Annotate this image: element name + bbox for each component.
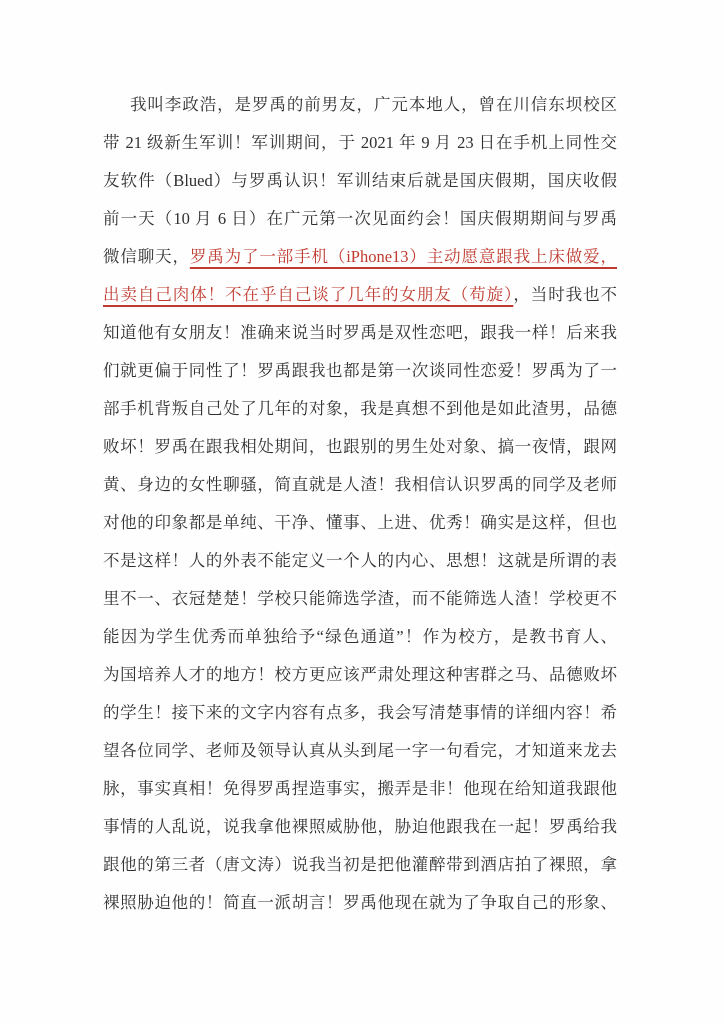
text-segment: 败坏！罗禹在跟我相处期间，也跟别的男生处对象、搞一夜情，跟网	[103, 437, 617, 456]
text-segment: 为国培养人才的地方！校方更应该严肃处理这种害群之马、品德败坏	[103, 665, 617, 684]
text-line: 知道他有女朋友！准确来说当时罗禹是双性恋吧，跟我一样！后来我	[103, 314, 617, 352]
text-line: 的学生！接下来的文字内容有点多，我会写清楚事情的详细内容！希	[103, 694, 617, 732]
text-line: 微信聊天，罗禹为了一部手机（iPhone13）主动愿意跟我上床做爱，	[103, 238, 617, 276]
text-line: 裸照胁迫他的！简直一派胡言！罗禹他现在就为了争取自己的形象、	[103, 884, 617, 922]
text-line: 能因为学生优秀而单独给予“绿色通道”！作为校方，是教书育人、	[103, 618, 617, 656]
text-segment: 们就更偏于同性了！罗禹跟我也都是第一次谈同性恋爱！罗禹为了一	[103, 361, 617, 380]
highlighted-text-segment: 罗禹为了一部手机（iPhone13）主动愿意跟我上床做爱，	[190, 247, 617, 266]
text-line: 里不一、衣冠楚楚！学校只能筛选学渣，而不能筛选人渣！学校更不	[103, 580, 617, 618]
text-segment: 跟他的第三者（唐文涛）说我当初是把他灌醉带到酒店拍了裸照，拿	[103, 855, 617, 874]
text-segment: 我叫李政浩，是罗禹的前男友，广元本地人，曾在川信东坝校区	[130, 95, 617, 114]
text-segment: 微信聊天，	[103, 247, 190, 266]
text-line: 败坏！罗禹在跟我相处期间，也跟别的男生处对象、搞一夜情，跟网	[103, 428, 617, 466]
highlighted-text-segment: 出卖自己肉体！不在乎自己谈了几年的女朋友（苟旋）	[103, 285, 513, 304]
text-segment: 部手机背叛自己处了几年的对象，我是真想不到他是如此渣男，品德	[103, 399, 617, 418]
text-line: 带 21 级新生军训！军训期间，于 2021 年 9 月 23 日在手机上同性交	[103, 124, 617, 162]
text-segment: ，当时我也不	[513, 285, 617, 304]
text-segment: 里不一、衣冠楚楚！学校只能筛选学渣，而不能筛选人渣！学校更不	[103, 589, 617, 608]
text-line: 为国培养人才的地方！校方更应该严肃处理这种害群之马、品德败坏	[103, 656, 617, 694]
text-line: 我叫李政浩，是罗禹的前男友，广元本地人，曾在川信东坝校区	[103, 86, 617, 124]
text-segment: 裸照胁迫他的！简直一派胡言！罗禹他现在就为了争取自己的形象、	[103, 893, 617, 912]
text-line: 脉，事实真相！免得罗禹捏造事实，搬弄是非！他现在给知道我跟他	[103, 770, 617, 808]
text-segment: 知道他有女朋友！准确来说当时罗禹是双性恋吧，跟我一样！后来我	[103, 323, 617, 342]
text-line: 对他的印象都是单纯、干净、懂事、上进、优秀！确实是这样，但也	[103, 504, 617, 542]
text-segment: 友软件（Blued）与罗禹认识！军训结束后就是国庆假期，国庆收假	[103, 171, 617, 190]
text-line: 望各位同学、老师及领导认真从头到尾一字一句看完，才知道来龙去	[103, 732, 617, 770]
document-page: 我叫李政浩，是罗禹的前男友，广元本地人，曾在川信东坝校区 带 21 级新生军训！…	[0, 0, 724, 1024]
text-line: 们就更偏于同性了！罗禹跟我也都是第一次谈同性恋爱！罗禹为了一	[103, 352, 617, 390]
text-line: 跟他的第三者（唐文涛）说我当初是把他灌醉带到酒店拍了裸照，拿	[103, 846, 617, 884]
text-segment: 的学生！接下来的文字内容有点多，我会写清楚事情的详细内容！希	[103, 703, 617, 722]
document-body: 我叫李政浩，是罗禹的前男友，广元本地人，曾在川信东坝校区 带 21 级新生军训！…	[103, 86, 617, 922]
text-segment: 前一天（10 月 6 日）在广元第一次见面约会！国庆假期期间与罗禹	[103, 209, 617, 228]
text-line: 友软件（Blued）与罗禹认识！军训结束后就是国庆假期，国庆收假	[103, 162, 617, 200]
text-line: 前一天（10 月 6 日）在广元第一次见面约会！国庆假期期间与罗禹	[103, 200, 617, 238]
text-line: 事情的人乱说，说我拿他裸照威胁他，胁迫他跟我在一起！罗禹给我	[103, 808, 617, 846]
text-segment: 带 21 级新生军训！军训期间，于 2021 年 9 月 23 日在手机上同性交	[103, 133, 617, 152]
text-line: 部手机背叛自己处了几年的对象，我是真想不到他是如此渣男，品德	[103, 390, 617, 428]
text-segment: 黄、身边的女性聊骚，简直就是人渣！我相信认识罗禹的同学及老师	[103, 475, 617, 494]
text-segment: 事情的人乱说，说我拿他裸照威胁他，胁迫他跟我在一起！罗禹给我	[103, 817, 617, 836]
text-segment: 对他的印象都是单纯、干净、懂事、上进、优秀！确实是这样，但也	[103, 513, 617, 532]
text-segment: 不是这样！人的外表不能定义一个人的内心、思想！这就是所谓的表	[103, 551, 617, 570]
text-line: 出卖自己肉体！不在乎自己谈了几年的女朋友（苟旋），当时我也不	[103, 276, 617, 314]
text-line: 黄、身边的女性聊骚，简直就是人渣！我相信认识罗禹的同学及老师	[103, 466, 617, 504]
text-segment: 脉，事实真相！免得罗禹捏造事实，搬弄是非！他现在给知道我跟他	[103, 779, 617, 798]
text-line: 不是这样！人的外表不能定义一个人的内心、思想！这就是所谓的表	[103, 542, 617, 580]
text-segment: 能因为学生优秀而单独给予“绿色通道”！作为校方，是教书育人、	[103, 627, 617, 646]
text-segment: 望各位同学、老师及领导认真从头到尾一字一句看完，才知道来龙去	[103, 741, 617, 760]
